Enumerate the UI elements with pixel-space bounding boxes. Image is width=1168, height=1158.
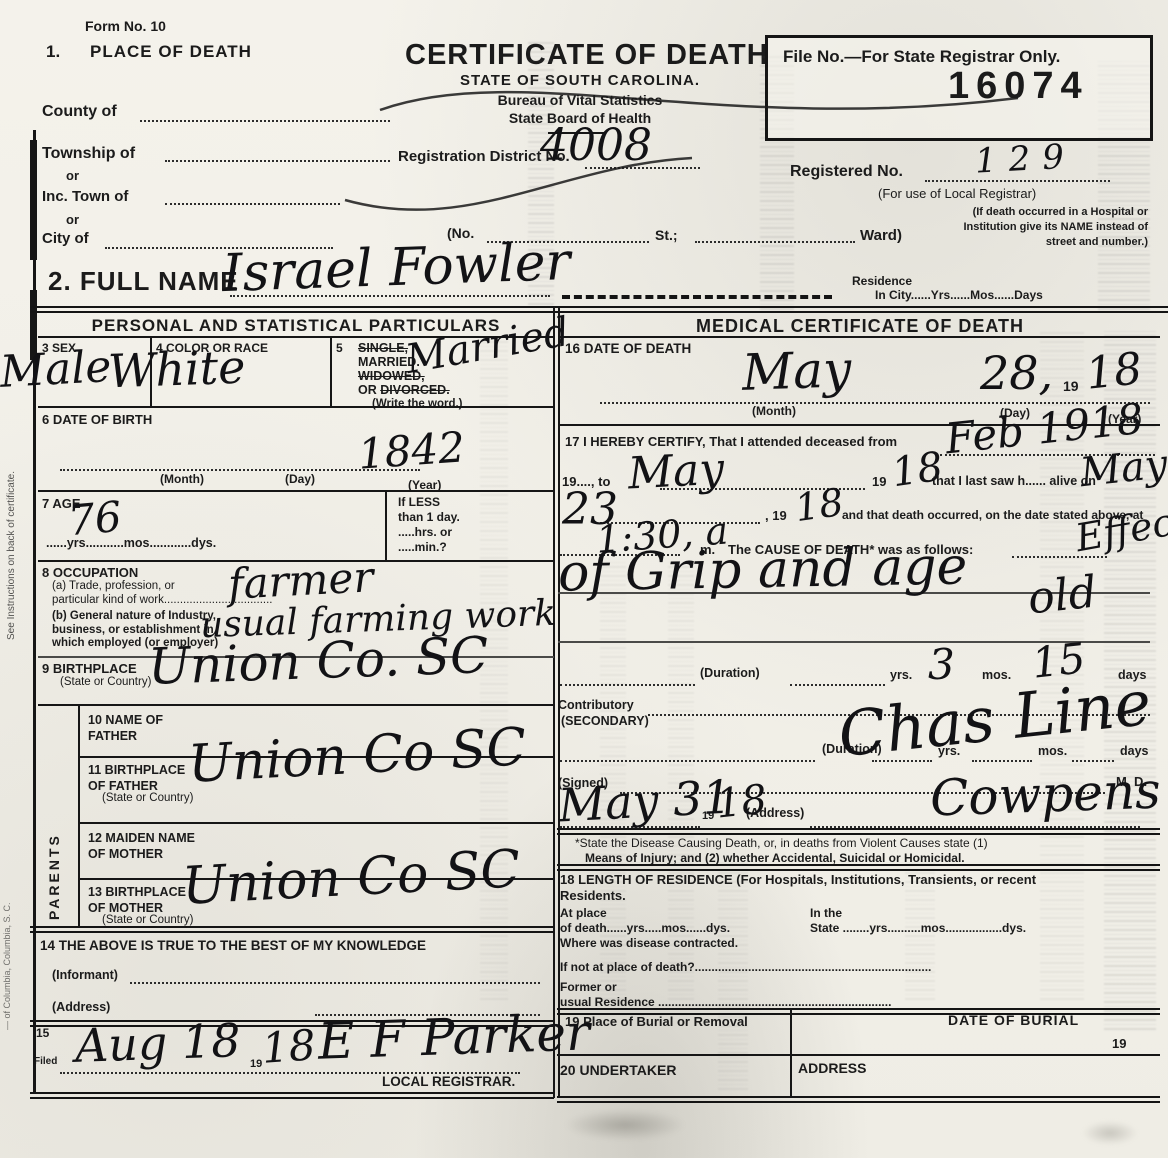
street-label: St.; [655, 227, 678, 244]
death-certificate-scan: See Instructions on back of certificate.… [0, 0, 1168, 1158]
parents-label: PARENTS [46, 760, 63, 920]
marital-single-label: SINGLE, [358, 341, 408, 356]
father-name-label: 10 NAME OF FATHER [88, 712, 163, 745]
duration-yrs-label: yrs. [890, 668, 912, 683]
parents-divider [78, 704, 80, 928]
street-line [695, 224, 855, 243]
duration-yrs-value: 3 [928, 644, 955, 686]
at-place-of-death-fields: At place of death......yrs.....mos......… [560, 906, 730, 936]
certify-19b: 19 [872, 474, 886, 489]
or-label: or [66, 168, 79, 183]
certificate-title: CERTIFICATE OF DEATH [405, 38, 755, 72]
cause-value-2: of Grip and age [558, 540, 968, 599]
duration-label: (Duration) [700, 666, 760, 681]
informant-address-label: (Address) [52, 1000, 110, 1015]
duration-line [790, 670, 885, 686]
township-line [165, 143, 390, 162]
dob-month-caption: (Month) [160, 472, 204, 486]
occupation-a-value: farmer [227, 556, 374, 606]
cause-footnote-line1: *State the Disease Causing Death, or, in… [575, 836, 988, 850]
father-birthplace-label: 11 BIRTHPLACE OF FATHER [88, 762, 185, 795]
residence-bottom-divider [557, 1008, 1160, 1015]
burial-year-printed: 19 [1112, 1036, 1126, 1051]
rule-line [38, 406, 554, 408]
place-of-death-label: PLACE OF DEATH [90, 42, 252, 62]
header-divider [30, 306, 1168, 313]
left-border-segment [30, 140, 37, 260]
dob-year-value: 1842 [357, 426, 467, 475]
form-number: Form No. 10 [85, 18, 166, 35]
filed-year-value: 18 [261, 1024, 317, 1070]
residence-units: In City......Yrs......Mos......Days [875, 288, 1043, 302]
duration2-lead-line [560, 746, 815, 762]
truth-statement-label: 14 THE ABOVE IS TRUE TO THE BEST OF MY K… [40, 938, 426, 954]
registration-district-value: 4008 [540, 124, 652, 168]
local-registrar-label: LOCAL REGISTRAR. [382, 1074, 515, 1090]
cell-divider [330, 336, 332, 406]
last-saw-month-value: May- [1078, 443, 1168, 493]
informant-line [130, 968, 540, 984]
comma-19: , 19 [765, 508, 787, 523]
occupation-label: 8 OCCUPATION [42, 565, 138, 580]
filed-date-value: Aug 18 [74, 1017, 241, 1069]
duration2-line-c [1072, 746, 1114, 762]
ward-label: Ward) [860, 227, 902, 245]
inc-town-line [165, 186, 340, 205]
sex-value: Male [0, 345, 112, 395]
where-contracted-label: Where was disease contracted. [560, 936, 738, 950]
rule-line [78, 822, 554, 824]
full-name-dashes [562, 278, 832, 299]
burial-cell-divider [790, 1008, 792, 1096]
if-less-note: If LESS than 1 day. .....hrs. or .....mi… [398, 495, 460, 555]
county-label: County of [42, 103, 117, 122]
footnote-bottom-divider [557, 864, 1160, 871]
full-name-value: Israel Fowler [221, 236, 571, 300]
certify-statement: 17 I HEREBY CERTIFY, That I attended dec… [565, 434, 897, 449]
date-of-death-label: 16 DATE OF DEATH [565, 341, 691, 357]
bureau-line: Bureau of Vital Statistics [405, 92, 755, 109]
certify-to-value: May [627, 448, 725, 497]
race-value: White [107, 344, 246, 395]
local-registrar-note: (For use of Local Registrar) [878, 186, 1036, 201]
mother-birthplace-label: 13 BIRTHPLACE OF MOTHER [88, 884, 186, 917]
rule-line [560, 336, 1160, 338]
length-of-residence-header: 18 LENGTH OF RESIDENCE (For Hospitals, I… [560, 872, 1036, 887]
divorced-word: DIVORCED. [380, 383, 449, 397]
physician-address-value: Cowpens SC [929, 762, 1168, 823]
or-label: or [66, 212, 79, 227]
scan-smudge [560, 1108, 690, 1142]
township-label: Township of [42, 145, 135, 164]
bleed-through-column [905, 860, 935, 1000]
month-caption: (Month) [752, 404, 796, 418]
registrar-signature-value: E F Parker [317, 1007, 590, 1066]
registered-no-value: 129 [974, 139, 1077, 178]
age-value: 76 [66, 496, 123, 542]
signed-year-value: 18 [714, 779, 769, 824]
death-year-value: 18 [1084, 347, 1144, 397]
margin-printer-note: — of Columbia, Columbia, S. C. [2, 650, 13, 1030]
or-word: OR [358, 383, 380, 397]
scan-smudge [1080, 1120, 1140, 1146]
death-month-value: May [741, 344, 852, 398]
left-bottom-divider [30, 1092, 554, 1099]
signed-date-value: May 31 [557, 773, 733, 828]
undertaker-address-label: ADDRESS [798, 1060, 866, 1077]
marital-number: 5 [336, 341, 343, 355]
residence-label: Residence [852, 274, 912, 288]
column-divider [553, 308, 555, 1098]
marital-or-label: OR DIVORCED. [358, 383, 450, 398]
death-day-value: 28, [980, 350, 1053, 396]
city-label: City of [42, 230, 89, 248]
column-divider [558, 308, 560, 1098]
cell-divider [385, 490, 387, 560]
cause-value-3: old [1026, 571, 1099, 622]
mother-birthplace-value: Union Co SC [181, 843, 522, 913]
informant-label: (Informant) [52, 968, 118, 983]
state-line: STATE OF SOUTH CAROLINA. [405, 72, 755, 90]
right-bottom-divider [557, 1096, 1160, 1103]
inc-town-label: Inc. Town of [42, 188, 128, 206]
rule-line [557, 1054, 1160, 1056]
father-birthplace-value: Union Co SC [187, 721, 528, 791]
signature-bottom-divider [557, 828, 1160, 835]
mother-name-label: 12 MAIDEN NAME OF MOTHER [88, 830, 195, 863]
birthplace-value: Union Co. SC [147, 630, 489, 692]
undertaker-label: 20 UNDERTAKER [560, 1062, 676, 1079]
duration-lead-line [560, 670, 695, 686]
parents-bottom-divider [30, 926, 554, 933]
last-saw-year-value: 18 [793, 483, 846, 527]
birthplace-label: 9 BIRTHPLACE [42, 661, 137, 676]
state-or-country-caption: (State or Country) [60, 676, 151, 690]
rule-line [38, 704, 554, 706]
dob-day-caption: (Day) [285, 472, 315, 486]
left-border-line [33, 130, 36, 1093]
certify-to-year-value: 18 [889, 447, 945, 494]
filed-label: Filed [34, 1056, 57, 1068]
section1-number: 1. [46, 42, 60, 62]
full-name-label: 2. FULL NAME [48, 266, 239, 297]
dob-label: 6 DATE OF BIRTH [42, 412, 152, 427]
file-number-value: 16074 [948, 64, 1089, 109]
registered-no-label: Registered No. [790, 163, 903, 182]
write-the-word-label: (Write the word.) [372, 398, 463, 412]
county-line [140, 103, 390, 122]
filed-row-number: 15 [36, 1026, 49, 1040]
state-or-country-caption: (State or Country) [102, 792, 193, 806]
